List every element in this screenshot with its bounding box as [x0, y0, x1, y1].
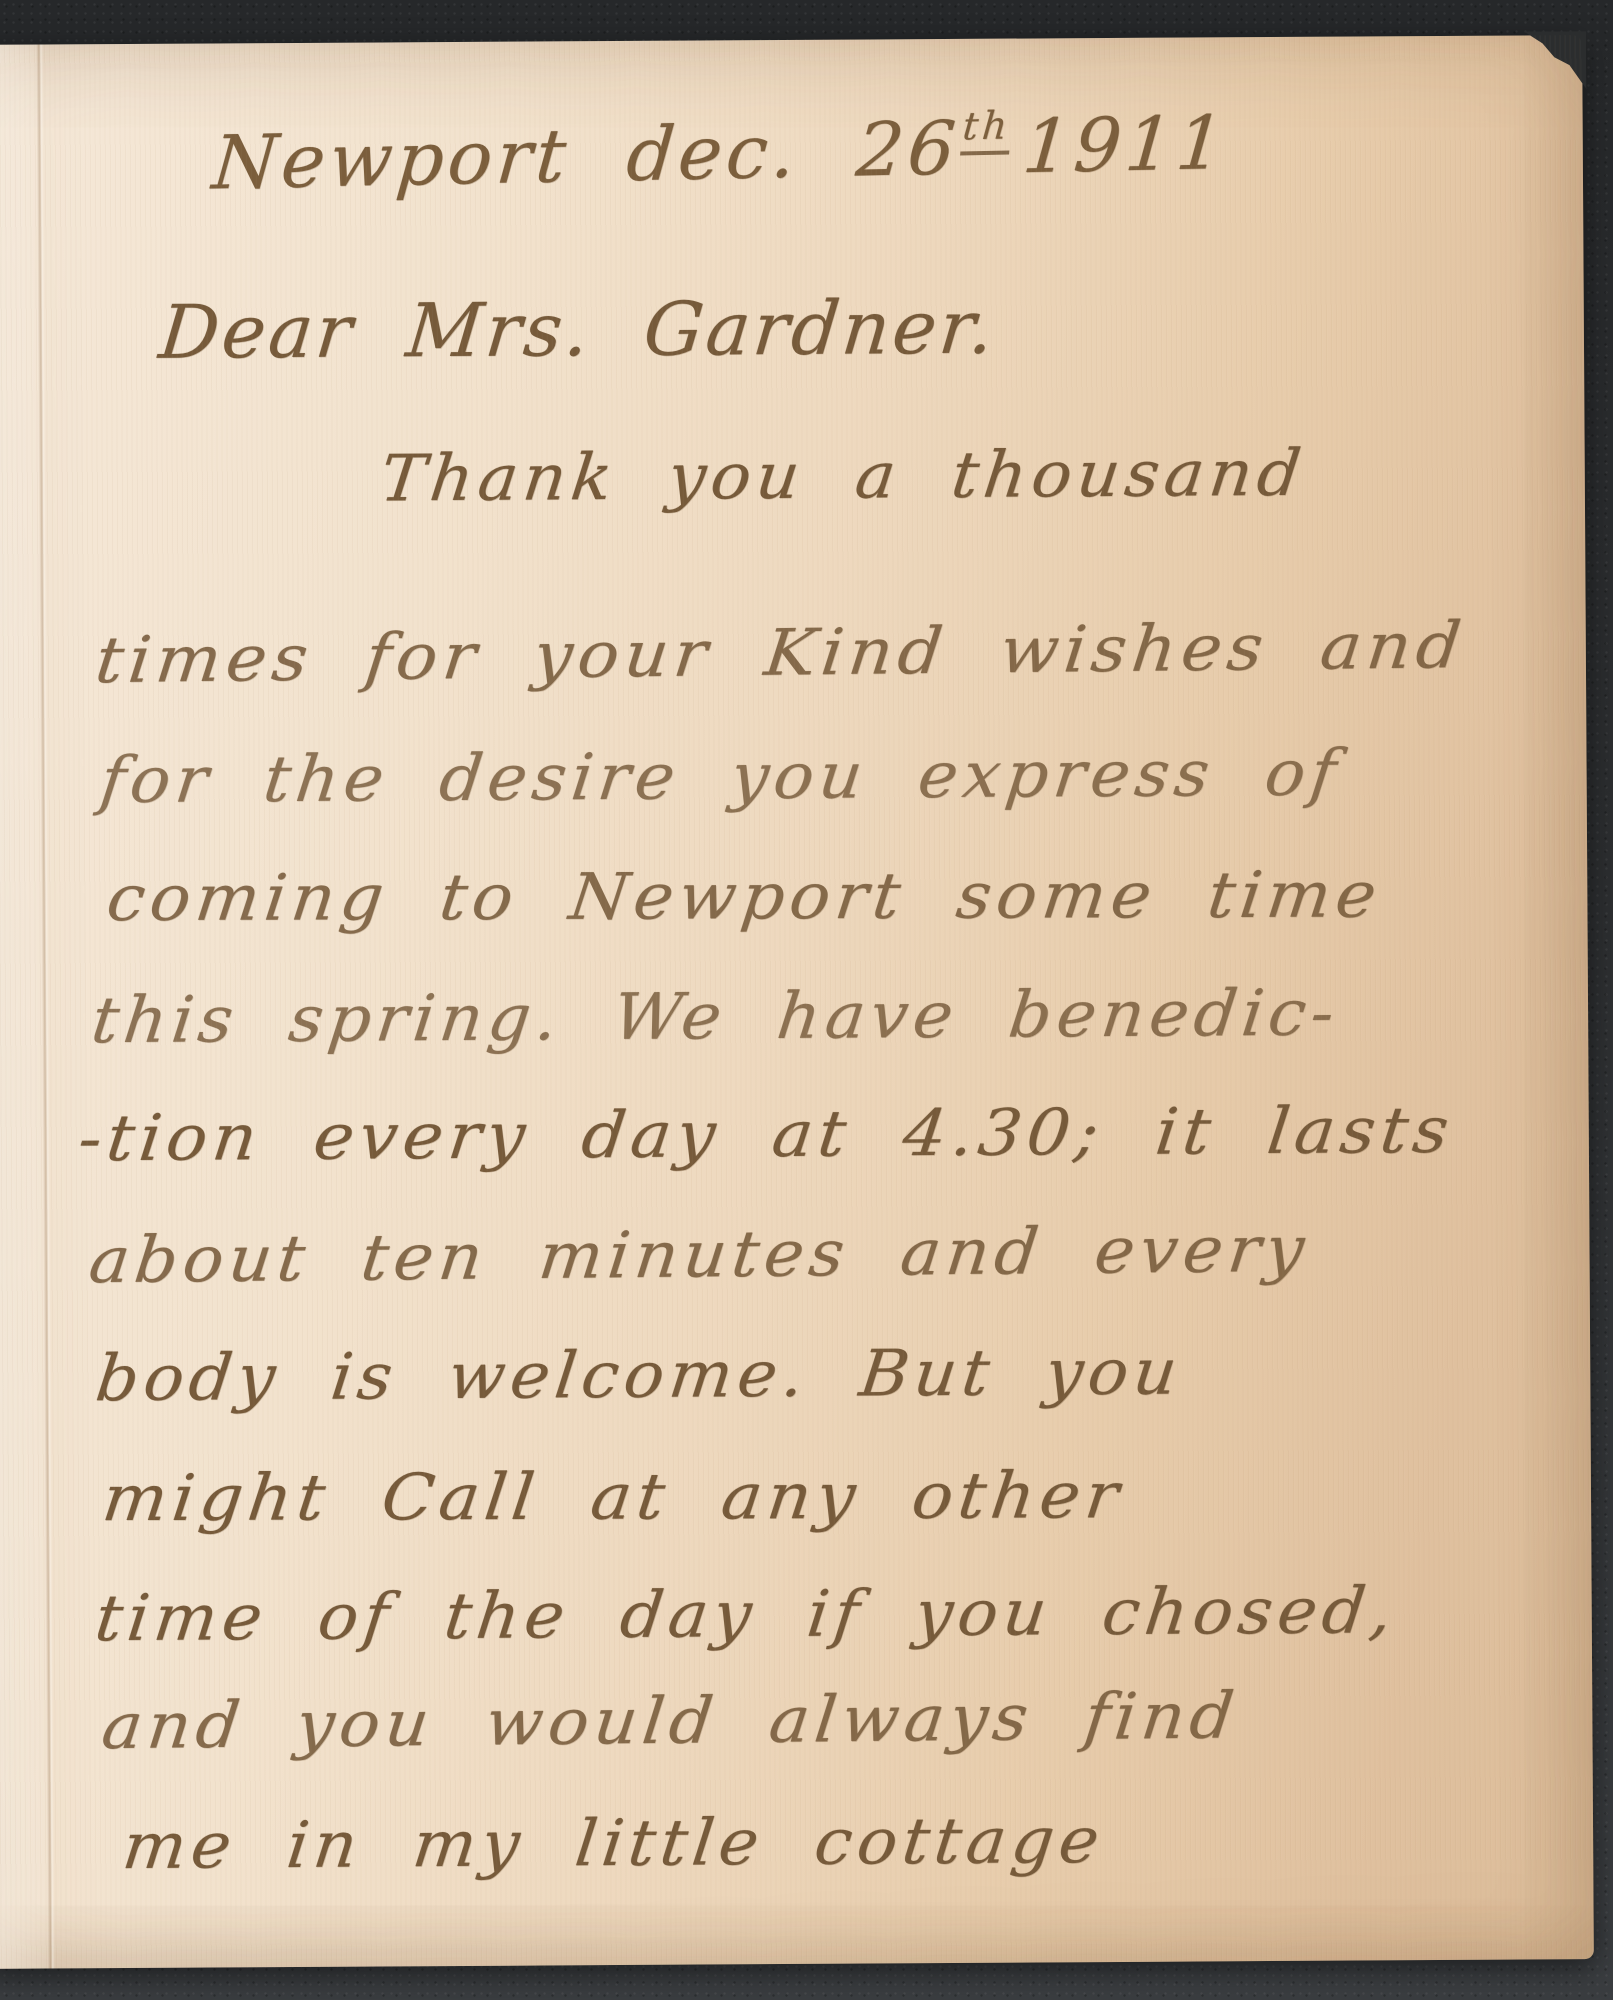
handwriting-line: coming to Newport some time — [103, 859, 1386, 937]
letter-page: Newport dec. 26th1911 Dear Mrs. Gardner.… — [0, 35, 1594, 1969]
photograph-background: { "scene": { "backing_color": "#2b2d2e",… — [0, 0, 1613, 2000]
handwriting-line: times for your Kind wishes and — [92, 609, 1470, 698]
handwriting-line: -tion every day at 4.30; it lasts — [75, 1094, 1458, 1176]
handwriting-line: body is welcome. But you — [92, 1336, 1186, 1417]
handwriting-line: might Call at any other — [99, 1459, 1128, 1536]
handwriting-line: Thank you a thousand — [376, 437, 1309, 517]
handwriting-line: time of the day if you chosed, — [91, 1574, 1400, 1656]
handwriting-line: and you would always find — [98, 1679, 1242, 1764]
handwriting-line: about ten minutes and every — [85, 1213, 1313, 1299]
dateline-year: 1911 — [1020, 100, 1232, 190]
handwriting-line: for the desire you express of — [96, 737, 1344, 819]
handwriting-line: this spring. We have benedic- — [88, 977, 1343, 1059]
dateline-ordinal-suffix: th — [960, 103, 1013, 155]
dateline: Newport dec. 26th1911 — [209, 99, 1231, 207]
handwriting-line: me in my little cottage — [119, 1804, 1108, 1884]
salutation: Dear Mrs. Gardner. — [156, 285, 1001, 376]
torn-corner — [1502, 31, 1587, 132]
dateline-place-day: Newport dec. 26 — [209, 105, 962, 206]
